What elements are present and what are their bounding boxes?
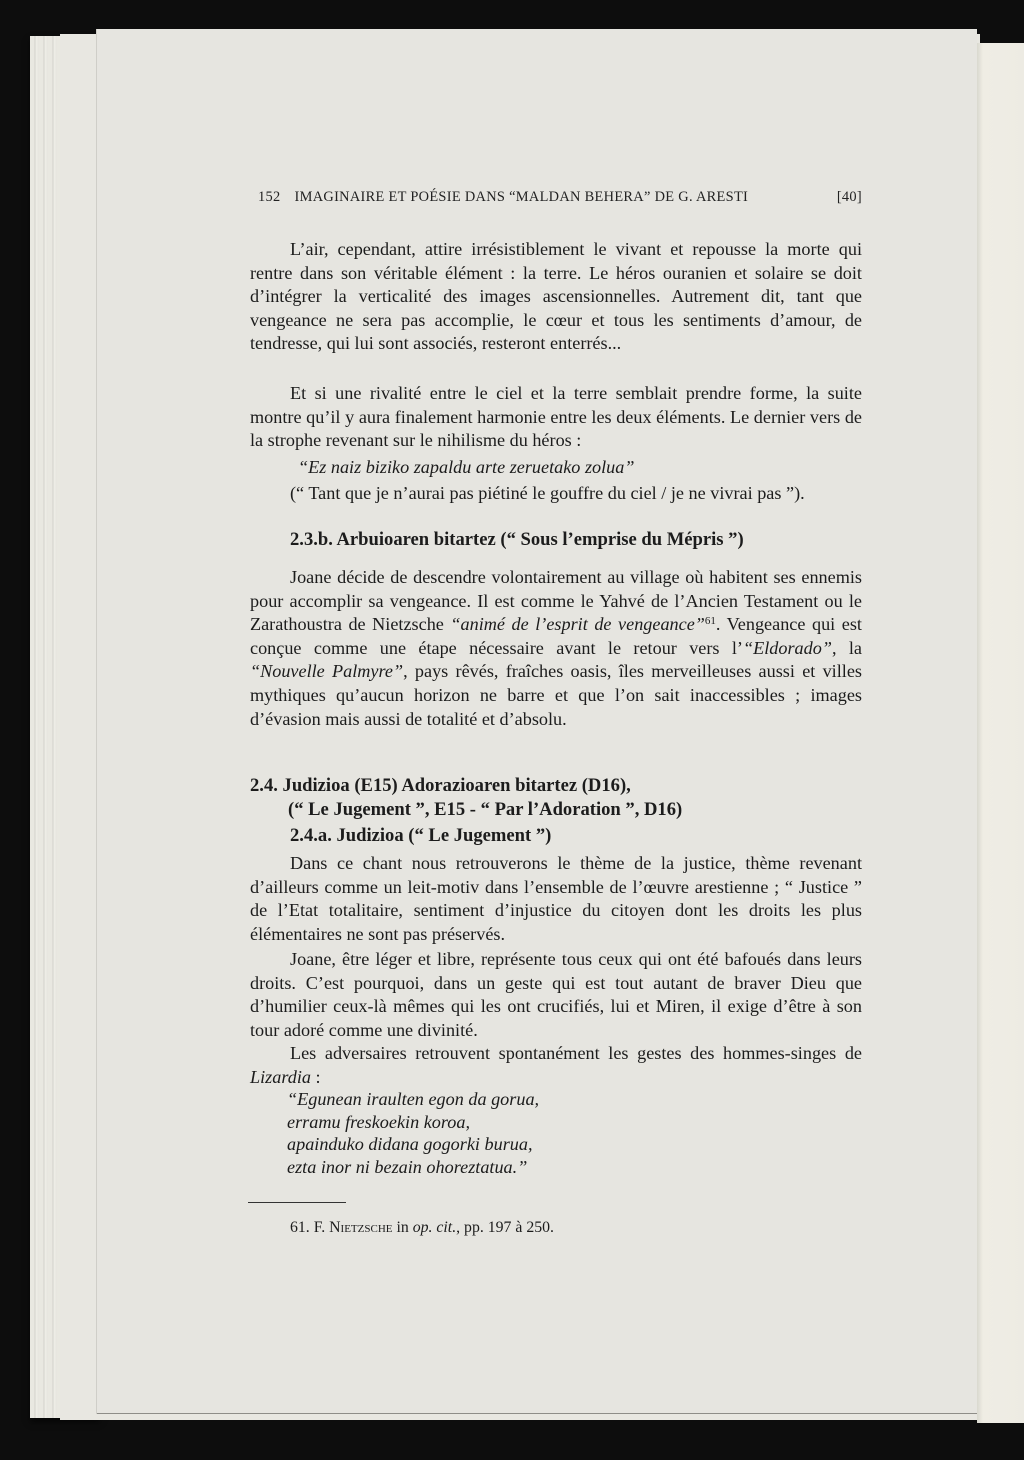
poem-line: apainduko didana gogorki burua, xyxy=(287,1133,539,1156)
poem-line: erramu freskoekin koroa, xyxy=(287,1111,539,1134)
footnote-ref-61[interactable]: 61 xyxy=(705,615,716,627)
poem-line: “Egunean iraulten egon da gorua, xyxy=(287,1088,539,1111)
running-head: 152 IMAGINAIRE ET POÉSIE DANS “MALDAN BE… xyxy=(258,189,862,206)
paragraph-rivalite: Et si une rivalité entre le ciel et la t… xyxy=(250,382,862,453)
footnote-61: 61. F. Nietzsche in op. cit., pp. 197 à … xyxy=(290,1216,554,1240)
bracket-page-number: [40] xyxy=(837,189,862,206)
paragraph-joane-vengeance: Joane décide de descendre volontairement… xyxy=(250,566,862,731)
quote-translation: (“ Tant que je n’aurai pas piétiné le go… xyxy=(290,482,805,506)
poem-line: ezta inor ni bezain ohoreztatua.” xyxy=(287,1156,539,1179)
heading-2-4: 2.4. Judizioa (E15) Adorazioaren bitarte… xyxy=(250,774,631,798)
facing-page-edge xyxy=(977,43,1024,1423)
paragraph-joane-libre: Joane, être léger et libre, représente t… xyxy=(250,948,862,1042)
poem-quote: “Egunean iraulten egon da gorua, erramu … xyxy=(287,1088,539,1178)
running-title: IMAGINAIRE ET POÉSIE DANS “MALDAN BEHERA… xyxy=(295,189,837,206)
footnote-rule xyxy=(248,1202,346,1203)
paragraph-air: L’air, cependant, attire irrésistiblemen… xyxy=(250,238,862,356)
heading-2-4-a: 2.4.a. Judizioa (“ Le Jugement ”) xyxy=(290,824,551,848)
quote-basque: “Ez naiz biziko zapaldu arte zeruetako z… xyxy=(298,456,634,480)
heading-2-3-b: 2.3.b. Arbuioaren bitartez (“ Sous l’emp… xyxy=(290,528,744,552)
paragraph-adversaires: Les adversaires retrouvent spontanément … xyxy=(250,1042,862,1089)
page-number: 152 xyxy=(258,189,281,206)
heading-2-4-subtitle: (“ Le Jugement ”, E15 - “ Par l’Adoratio… xyxy=(288,798,682,822)
paragraph-justice: Dans ce chant nous retrouverons le thème… xyxy=(250,852,862,946)
